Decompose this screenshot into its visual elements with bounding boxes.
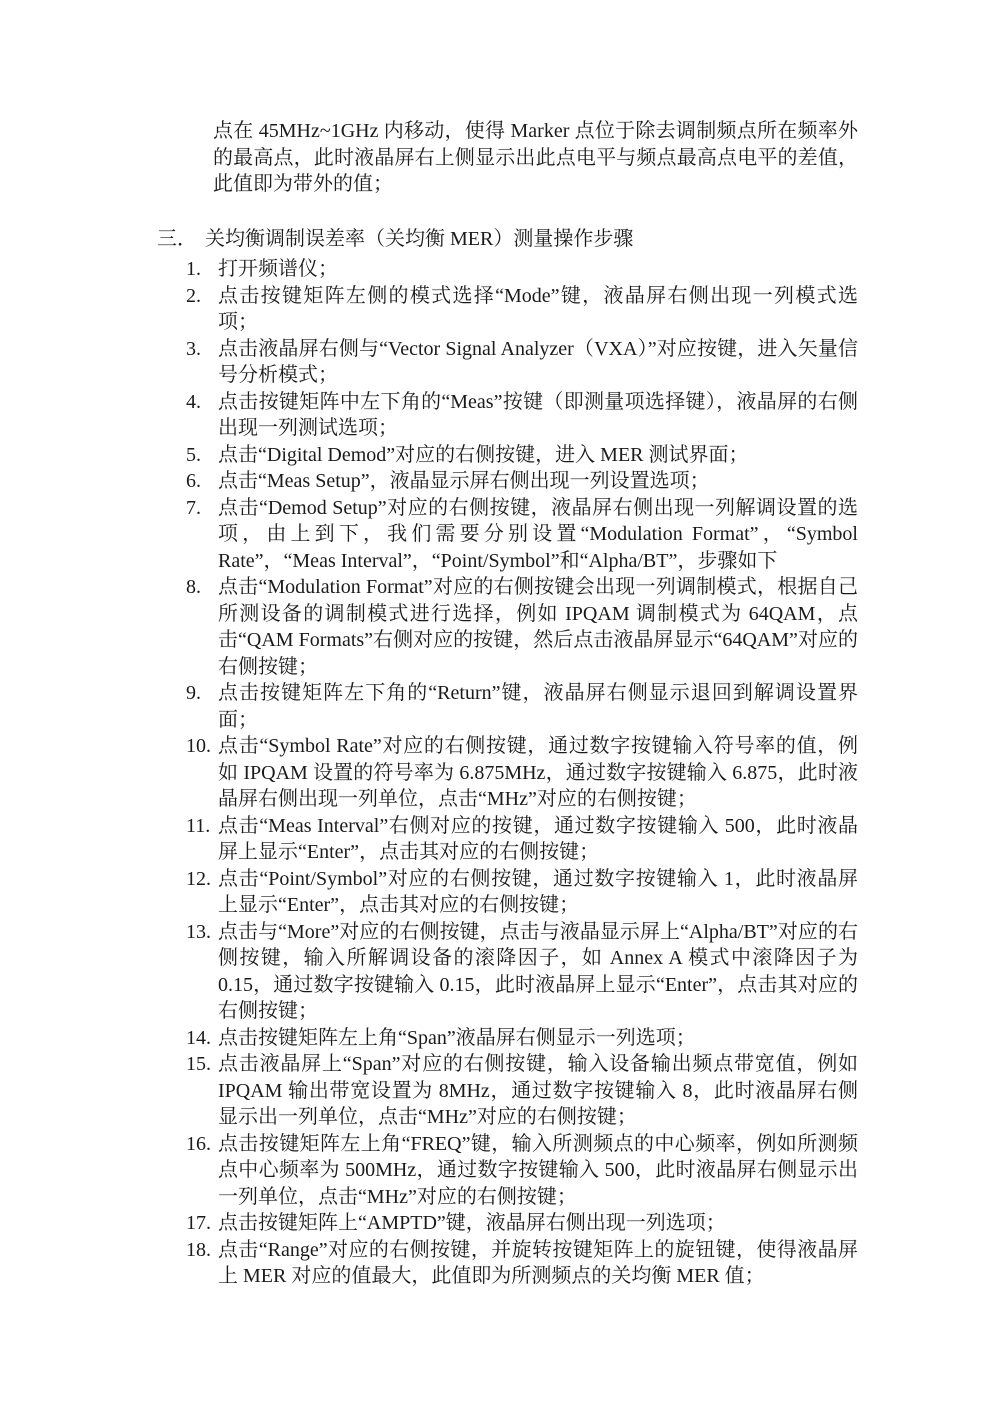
step-item: 5.点击“Digital Demod”对应的右侧按键，进入 MER 测试界面； bbox=[157, 442, 859, 469]
step-text: 点击“Modulation Format”对应的右侧按键会出现一列调制模式，根据… bbox=[218, 574, 858, 680]
step-number: 15. bbox=[186, 1051, 218, 1078]
step-text: 点击“Demod Setup”对应的右侧按键，液晶屏右侧出现一列解调设置的选项，… bbox=[218, 495, 858, 575]
step-number: 8. bbox=[186, 574, 218, 601]
step-item: 14.点击按键矩阵左上角“Span”液晶屏右侧显示一列选项； bbox=[157, 1025, 859, 1052]
step-item: 10.点击“Symbol Rate”对应的右侧按键，通过数字按键输入符号率的值，… bbox=[157, 733, 859, 813]
document-page: 点在 45MHz~1GHz 内移动，使得 Marker 点位于除去调制频点所在频… bbox=[157, 118, 859, 1290]
step-text: 点击液晶屏上“Span”对应的右侧按键，输入设备输出频点带宽值，例如 IPQAM… bbox=[218, 1051, 858, 1131]
step-number: 4. bbox=[186, 389, 218, 416]
intro-paragraph: 点在 45MHz~1GHz 内移动，使得 Marker 点位于除去调制频点所在频… bbox=[213, 118, 858, 198]
step-text: 点击“Range”对应的右侧按键，并旋转按键矩阵上的旋钮键，使得液晶屏上 MER… bbox=[218, 1237, 858, 1290]
step-text: 点击按键矩阵左下角的“Return”键，液晶屏右侧显示退回到解调设置界面； bbox=[218, 680, 858, 733]
step-item: 6.点击“Meas Setup”，液晶显示屏右侧出现一列设置选项； bbox=[157, 468, 859, 495]
step-item: 8.点击“Modulation Format”对应的右侧按键会出现一列调制模式，… bbox=[157, 574, 859, 680]
step-item: 1.打开频谱仪； bbox=[157, 256, 859, 283]
step-text: 点击“Point/Symbol”对应的右侧按键，通过数字按键输入 1，此时液晶屏… bbox=[218, 866, 858, 919]
step-number: 17. bbox=[186, 1210, 218, 1237]
step-item: 2.点击按键矩阵左侧的模式选择“Mode”键，液晶屏右侧出现一列模式选项； bbox=[157, 283, 859, 336]
step-number: 3. bbox=[186, 336, 218, 363]
section-title: 关均衡调制误差率（关均衡 MER）测量操作步骤 bbox=[205, 228, 633, 250]
step-item: 13.点击与“More”对应的右侧按键，点击与液晶显示屏上“Alpha/BT”对… bbox=[157, 919, 859, 1025]
step-item: 9.点击按键矩阵左下角的“Return”键，液晶屏右侧显示退回到解调设置界面； bbox=[157, 680, 859, 733]
step-number: 6. bbox=[186, 468, 218, 495]
step-number: 5. bbox=[186, 442, 218, 469]
step-text: 点击液晶屏右侧与“Vector Signal Analyzer（VXA）”对应按… bbox=[218, 336, 858, 389]
step-number: 11. bbox=[186, 813, 218, 840]
step-number: 16. bbox=[186, 1131, 218, 1158]
step-number: 13. bbox=[186, 919, 218, 946]
step-item: 4.点击按键矩阵中左下角的“Meas”按键（即测量项选择键），液晶屏的右侧出现一… bbox=[157, 389, 859, 442]
step-number: 18. bbox=[186, 1237, 218, 1264]
step-item: 15.点击液晶屏上“Span”对应的右侧按键，输入设备输出频点带宽值，例如 IP… bbox=[157, 1051, 859, 1131]
section-number: 三． bbox=[157, 226, 205, 253]
step-text: 点击“Symbol Rate”对应的右侧按键，通过数字按键输入符号率的值，例如 … bbox=[218, 733, 858, 813]
step-item: 12.点击“Point/Symbol”对应的右侧按键，通过数字按键输入 1，此时… bbox=[157, 866, 859, 919]
step-number: 10. bbox=[186, 733, 218, 760]
step-text: 点击与“More”对应的右侧按键，点击与液晶显示屏上“Alpha/BT”对应的右… bbox=[218, 919, 858, 1025]
step-item: 16.点击按键矩阵左上角“FREQ”键，输入所测频点的中心频率，例如所测频点中心… bbox=[157, 1131, 859, 1211]
step-number: 9. bbox=[186, 680, 218, 707]
step-text: 点击按键矩阵左侧的模式选择“Mode”键，液晶屏右侧出现一列模式选项； bbox=[218, 283, 858, 336]
step-text: 点击“Digital Demod”对应的右侧按键，进入 MER 测试界面； bbox=[218, 442, 858, 469]
step-text: 点击按键矩阵上“AMPTD”键，液晶屏右侧出现一列选项； bbox=[218, 1210, 858, 1237]
step-text: 点击按键矩阵左上角“FREQ”键，输入所测频点的中心频率，例如所测频点中心频率为… bbox=[218, 1131, 858, 1211]
step-number: 7. bbox=[186, 495, 218, 522]
step-item: 3.点击液晶屏右侧与“Vector Signal Analyzer（VXA）”对… bbox=[157, 336, 859, 389]
step-item: 7.点击“Demod Setup”对应的右侧按键，液晶屏右侧出现一列解调设置的选… bbox=[157, 495, 859, 575]
step-item: 18.点击“Range”对应的右侧按键，并旋转按键矩阵上的旋钮键，使得液晶屏上 … bbox=[157, 1237, 859, 1290]
step-text: 点击“Meas Setup”，液晶显示屏右侧出现一列设置选项； bbox=[218, 468, 858, 495]
step-number: 1. bbox=[186, 256, 218, 283]
step-text: 点击“Meas Interval”右侧对应的按键，通过数字按键输入 500，此时… bbox=[218, 813, 858, 866]
step-item: 11.点击“Meas Interval”右侧对应的按键，通过数字按键输入 500… bbox=[157, 813, 859, 866]
step-number: 2. bbox=[186, 283, 218, 310]
steps-list: 1.打开频谱仪；2.点击按键矩阵左侧的模式选择“Mode”键，液晶屏右侧出现一列… bbox=[157, 256, 859, 1290]
step-text: 打开频谱仪； bbox=[218, 256, 858, 283]
step-text: 点击按键矩阵左上角“Span”液晶屏右侧显示一列选项； bbox=[218, 1025, 858, 1052]
step-text: 点击按键矩阵中左下角的“Meas”按键（即测量项选择键），液晶屏的右侧出现一列测… bbox=[218, 389, 858, 442]
step-number: 14. bbox=[186, 1025, 218, 1052]
section-heading: 三．关均衡调制误差率（关均衡 MER）测量操作步骤 bbox=[157, 226, 859, 253]
step-number: 12. bbox=[186, 866, 218, 893]
step-item: 17.点击按键矩阵上“AMPTD”键，液晶屏右侧出现一列选项； bbox=[157, 1210, 859, 1237]
